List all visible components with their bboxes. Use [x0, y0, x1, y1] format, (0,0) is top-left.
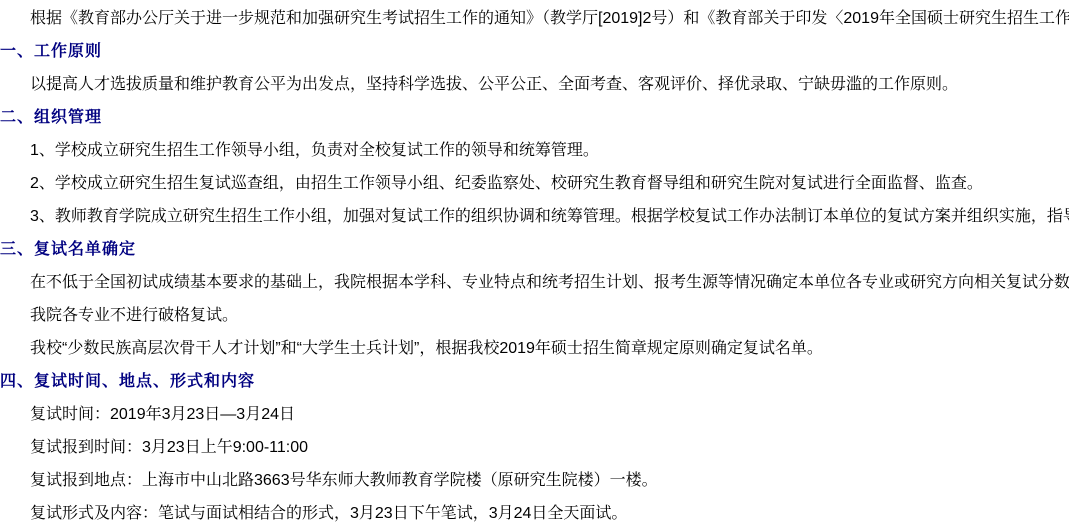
paragraph-retest-time: 复试时间：2019年3月23日—3月24日 [0, 398, 1069, 431]
paragraph-organization-item-3: 3、教师教育学院成立研究生招生工作小组，加强对复试工作的组织协调和统筹管理。根据… [0, 200, 1069, 233]
paragraph-checkin-location: 复试报到地点：上海市中山北路3663号华东师大教师教育学院楼（原研究生院楼）一楼… [0, 464, 1069, 497]
section-heading-work-principles: 一、工作原则 [0, 35, 1069, 68]
paragraph-special-plans: 我校“少数民族高层次骨干人才计划”和“大学生士兵计划”，根据我校2019年硕士招… [0, 332, 1069, 365]
paragraph-organization-item-1: 1、学校成立研究生招生工作领导小组，负责对全校复试工作的领导和统筹管理。 [0, 134, 1069, 167]
paragraph-organization-item-2: 2、学校成立研究生招生复试巡查组，由招生工作领导小组、纪委监察处、校研究生教育督… [0, 167, 1069, 200]
paragraph-retest-format: 复试形式及内容：笔试与面试相结合的形式，3月23日下午笔试，3月24日全天面试。 [0, 497, 1069, 530]
section-heading-time-place-format: 四、复试时间、地点、形式和内容 [0, 365, 1069, 398]
paragraph-candidate-list-criteria: 在不低于全国初试成绩基本要求的基础上，我院根据本学科、专业特点和统考招生计划、报… [0, 266, 1069, 299]
paragraph-no-exception-retest: 我院各专业不进行破格复试。 [0, 299, 1069, 332]
paragraph-work-principles: 以提高人才选拔质量和维护教育公平为出发点，坚持科学选拔、公平公正、全面考查、客观… [0, 68, 1069, 101]
section-heading-candidate-list: 三、复试名单确定 [0, 233, 1069, 266]
section-heading-organization: 二、组织管理 [0, 101, 1069, 134]
paragraph-checkin-time: 复试报到时间：3月23日上午9:00-11:00 [0, 431, 1069, 464]
intro-paragraph: 根据《教育部办公厅关于进一步规范和加强研究生考试招生工作的通知》（教学厅[201… [0, 2, 1069, 35]
notice-document: 根据《教育部办公厅关于进一步规范和加强研究生考试招生工作的通知》（教学厅[201… [0, 0, 1069, 532]
